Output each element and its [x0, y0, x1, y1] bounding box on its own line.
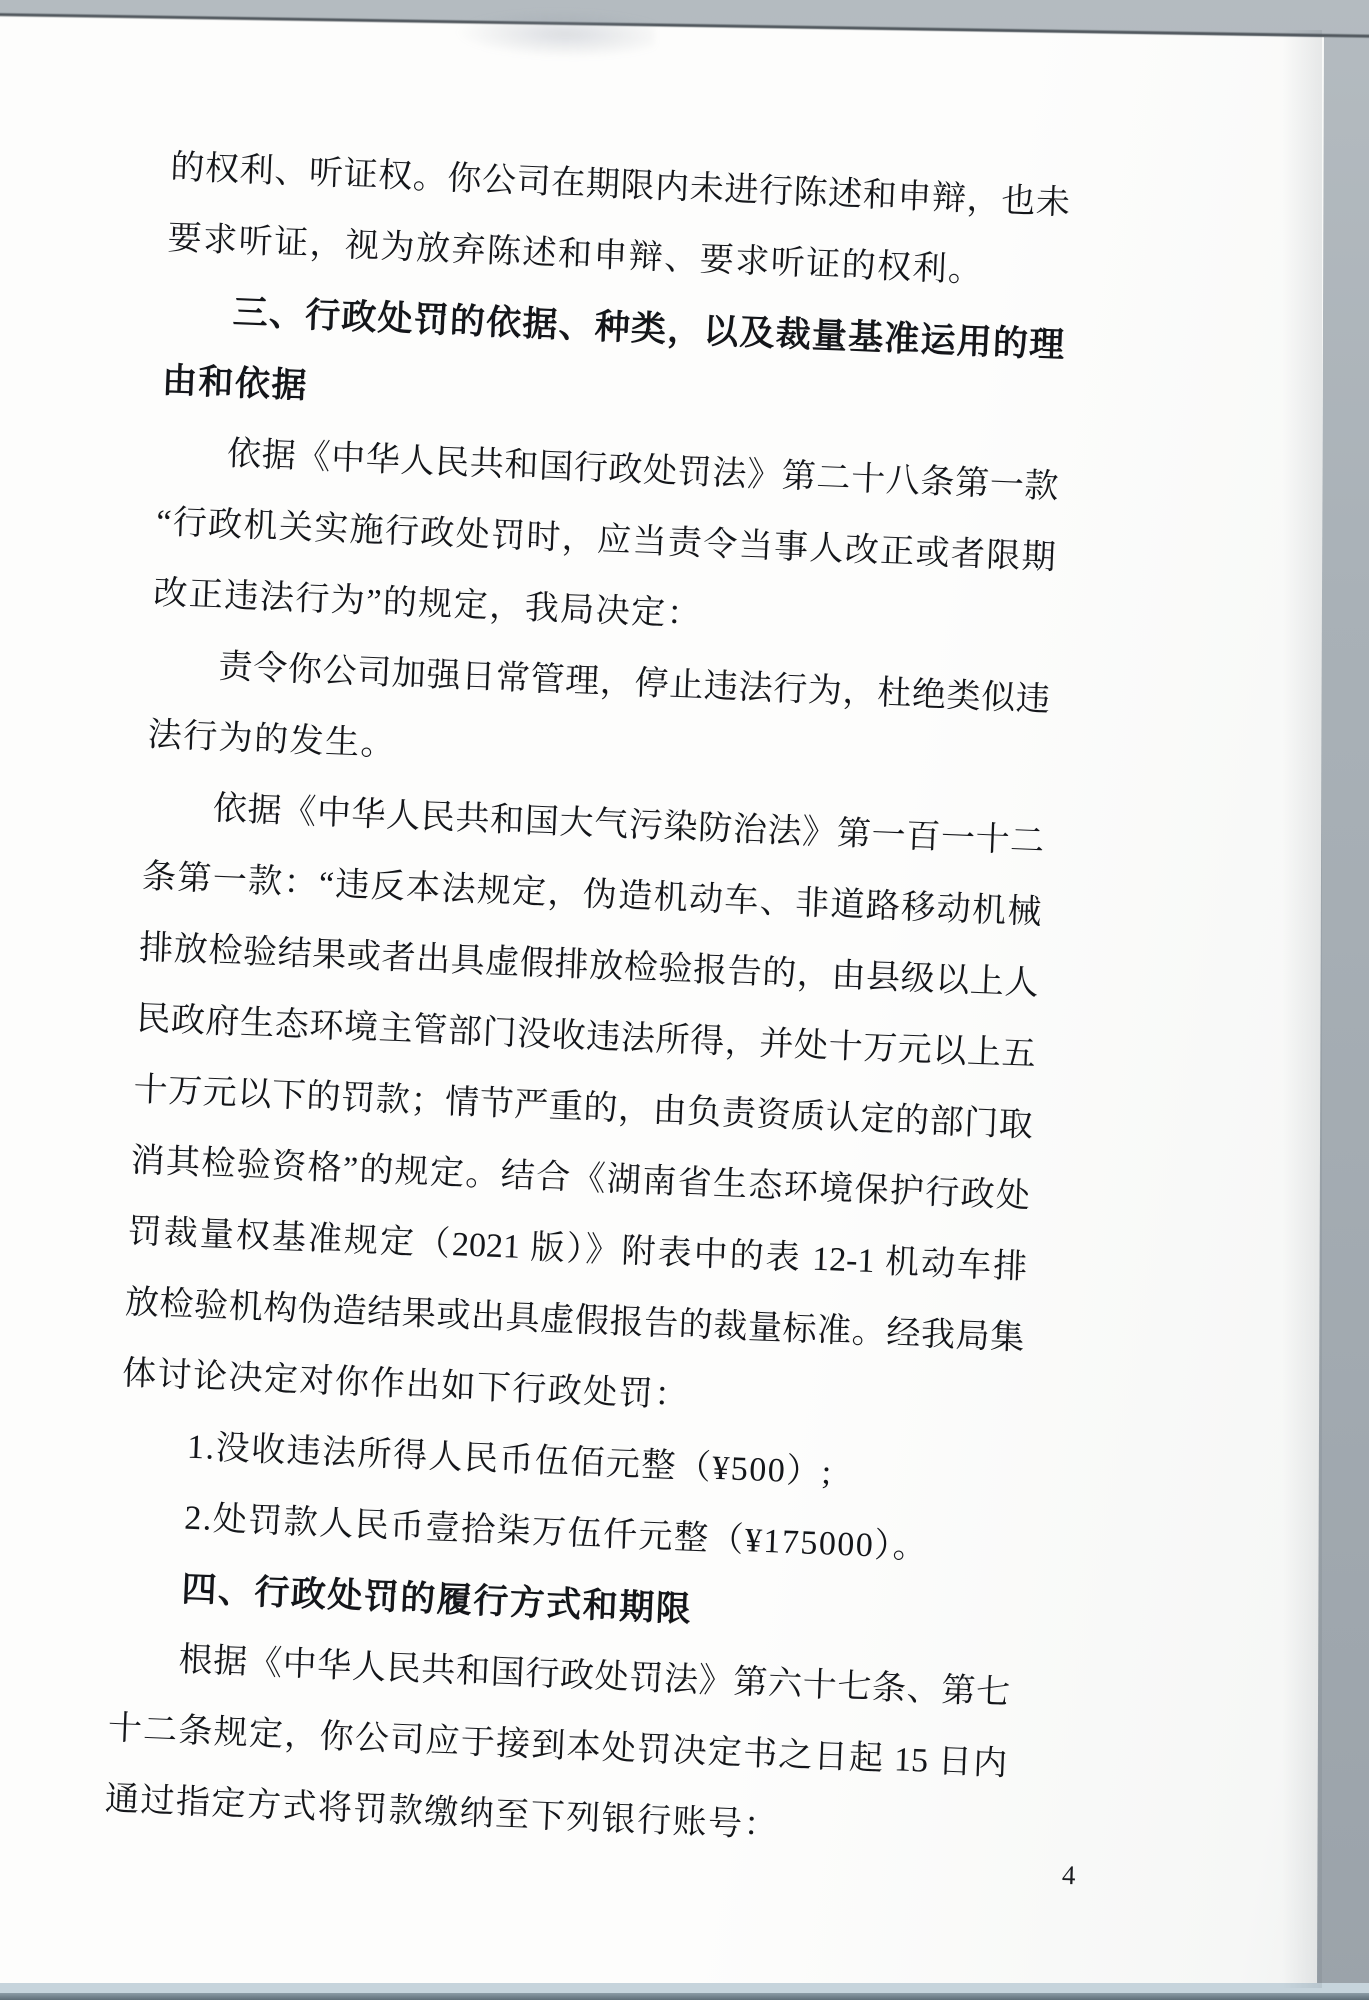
- page-number: 4: [1062, 1860, 1076, 1891]
- page-bottom-edge: [0, 1993, 1369, 2000]
- document-body: 的权利、听证权。你公司在期限内未进行陈述和申辩，也未要求听证，视为放弃陈述和申辩…: [104, 132, 1072, 1871]
- page-right-shadow: [1282, 30, 1322, 1988]
- scan-smudge: [455, 8, 656, 59]
- scanned-document: { "document": { "page_number": "4", "lin…: [0, 0, 1369, 2000]
- scan-bottom-band: [0, 1983, 1369, 1993]
